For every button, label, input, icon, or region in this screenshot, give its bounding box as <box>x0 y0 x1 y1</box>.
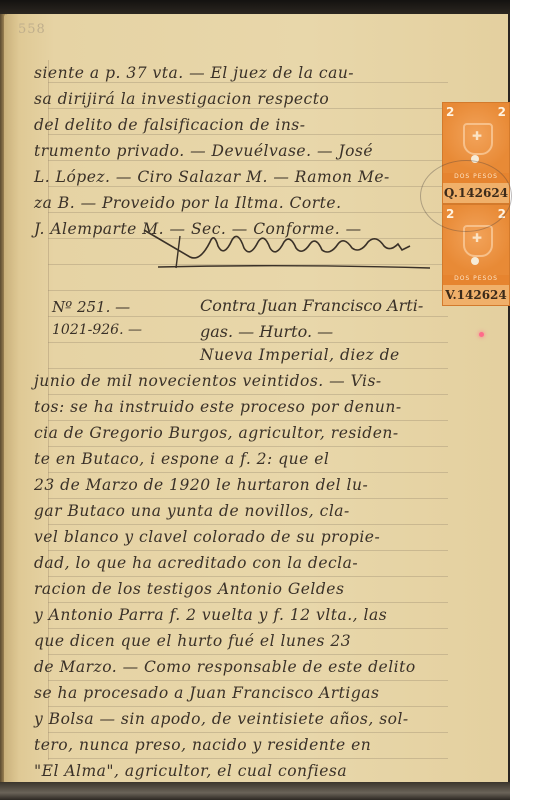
ruled-line <box>48 446 448 447</box>
ruled-line <box>48 576 448 577</box>
laser-pointer-dot <box>479 332 484 337</box>
stamp-denomination: 2 <box>498 105 506 119</box>
text-line: vel blanco y clavel colorado de su propi… <box>34 528 454 546</box>
ruled-line <box>48 212 448 213</box>
ruled-line <box>48 186 448 187</box>
case-title-line: Contra Juan Francisco Arti- <box>200 296 423 315</box>
stamp-serial: V.142624 <box>443 285 509 305</box>
bottom-binding-edge <box>0 782 510 800</box>
text-line: te en Butaco, i espone a f. 2: que el <box>34 450 454 468</box>
text-line: siente a p. 37 vta. — El juez de la cau- <box>34 64 454 82</box>
ruled-line <box>48 628 448 629</box>
text-line: gar Butaco una yunta de novillos, cla- <box>34 502 454 520</box>
text-line: de Marzo. — Como responsable de este del… <box>34 658 454 676</box>
top-binding-edge <box>0 0 510 14</box>
page-number: 558 <box>18 22 46 37</box>
ruled-line <box>48 394 448 395</box>
case-number: Nº 251. — <box>52 298 130 316</box>
cancellation-postmark <box>420 160 512 232</box>
case-year-ref: 1021-926. — <box>52 322 142 338</box>
stamp-value-label: DOS PESOS <box>443 275 509 285</box>
text-line: Nueva Imperial, diez de <box>200 346 460 364</box>
signature <box>140 222 440 272</box>
ruled-line <box>48 706 448 707</box>
ruled-line <box>48 368 448 369</box>
text-line: del delito de falsificacion de ins- <box>34 116 454 134</box>
text-line: dad, lo que ha acreditado con la decla- <box>34 554 454 572</box>
text-line: trumento privado. — Devuélvase. — José <box>34 142 454 160</box>
text-line: cia de Gregorio Burgos, agricultor, resi… <box>34 424 454 442</box>
punch-hole <box>471 257 479 265</box>
ruled-line <box>48 732 448 733</box>
ruled-line <box>48 524 448 525</box>
text-line: 23 de Marzo de 1920 le hurtaron del lu- <box>34 476 454 494</box>
text-line: sa dirijirá la investigacion respecto <box>34 90 454 108</box>
ruled-line <box>48 82 448 83</box>
ruled-line <box>48 420 448 421</box>
ruled-line <box>48 498 448 499</box>
text-line: que dicen que el hurto fué el lunes 23 <box>34 632 454 650</box>
ruled-line <box>48 134 448 135</box>
ruled-line <box>48 290 448 291</box>
text-line: "El Alma", agricultor, el cual confiesa <box>34 762 454 780</box>
ruled-line <box>48 316 448 317</box>
text-line: y Bolsa — sin apodo, de veintisiete años… <box>34 710 454 728</box>
ruled-line <box>48 160 448 161</box>
ruled-line <box>48 342 448 343</box>
ruled-line <box>48 602 448 603</box>
text-line: tero, nunca preso, nacido y residente en <box>34 736 454 754</box>
ruled-line <box>48 472 448 473</box>
text-line: y Antonio Parra f. 2 vuelta y f. 12 vlta… <box>34 606 454 624</box>
text-line: racion de los testigos Antonio Geldes <box>34 580 454 598</box>
ruled-line <box>48 550 448 551</box>
text-line: L. López. — Ciro Salazar M. — Ramon Me- <box>34 168 454 186</box>
text-line: junio de mil novecientos veintidos. — Vi… <box>34 372 454 390</box>
text-line: tos: se ha instruido este proceso por de… <box>34 398 454 416</box>
ruled-line <box>48 654 448 655</box>
stamp-denomination: 2 <box>446 105 454 119</box>
ruled-line <box>48 680 448 681</box>
ruled-line <box>48 108 448 109</box>
ruled-line <box>48 758 448 759</box>
case-title-line: gas. — Hurto. — <box>200 322 333 341</box>
coat-of-arms-icon <box>463 123 493 155</box>
text-line: za B. — Proveido por la Iltma. Corte. <box>34 194 454 212</box>
text-line: se ha procesado a Juan Francisco Artigas <box>34 684 454 702</box>
